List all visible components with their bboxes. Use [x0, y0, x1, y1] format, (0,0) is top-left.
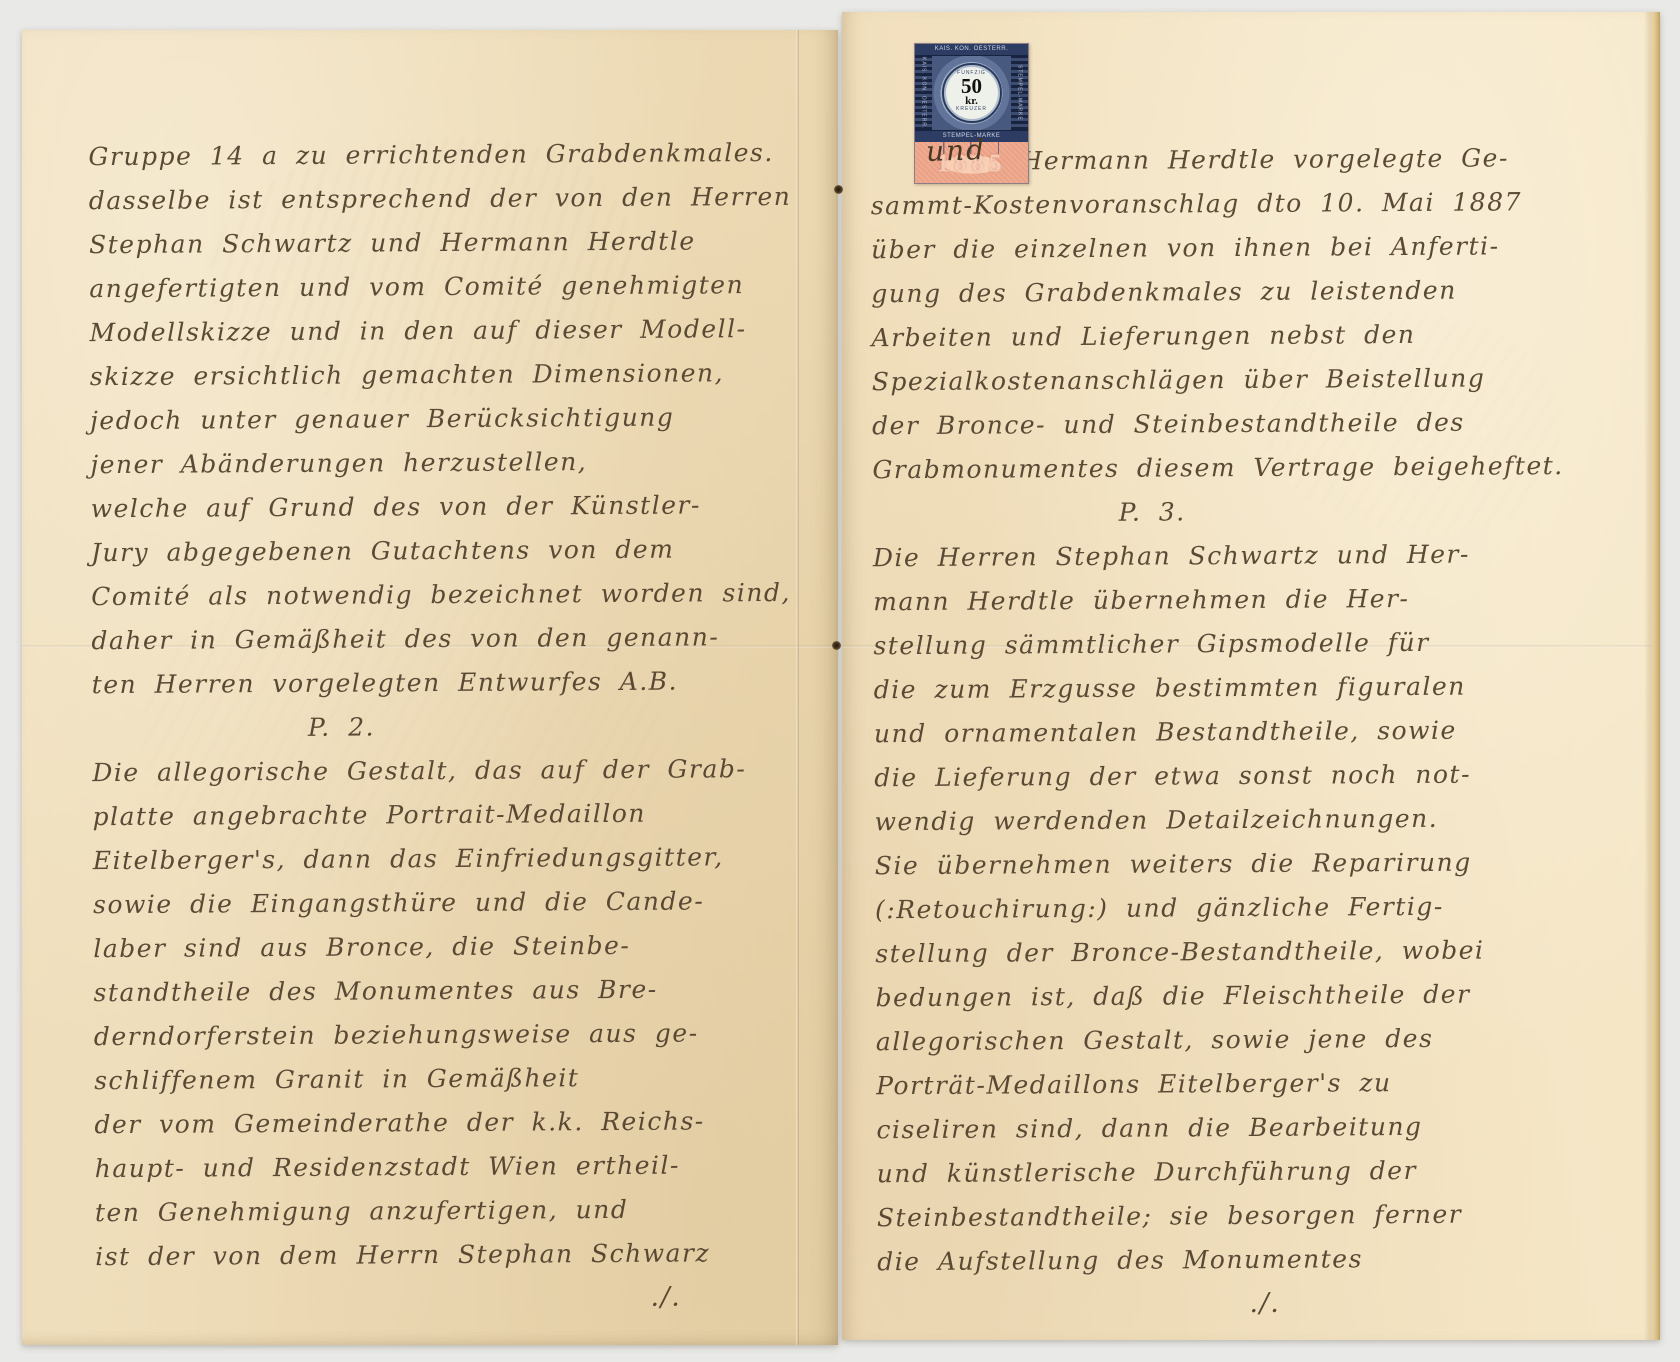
manuscript-line: der vom Gemeinderathe der k.k. Reichs- [94, 1099, 806, 1147]
manuscript-line: standtheile des Monumentes aus Bre- [93, 967, 805, 1015]
section-mark: P. 3. [1119, 488, 1615, 535]
right-page: KAIS. KON. OESTERR. KAIS. KON. OESTERR. … [842, 12, 1660, 1340]
manuscript-line: und ornamentalen Bestandtheile, sowie [874, 708, 1616, 757]
manuscript-line: und künstlerische Durchführung der [877, 1148, 1619, 1197]
manuscript-line: schliffenem Granit in Gemäßheit [94, 1055, 806, 1103]
manuscript-line: mann Herdtle übernehmen die Her- [873, 576, 1615, 625]
stamp-value-word-bottom: KREUZER [944, 106, 1000, 112]
stamp-right-ornament-band: STEMPEL-MARKE [1011, 56, 1028, 130]
catchword-mark: ./. [1249, 1280, 1619, 1326]
manuscript-line: laber sind aus Bronce, die Steinbe- [93, 923, 805, 971]
manuscript-line: ist der von dem Herrn Stephan Schwarz [95, 1231, 807, 1279]
manuscript-line: Jury abgegebenen Gutachtens von dem [91, 527, 803, 575]
binding-hole [834, 185, 843, 194]
manuscript-line: über die einzelnen von ihnen bei Anferti… [871, 224, 1613, 273]
manuscript-line: ten Genehmigung anzufertigen, und [95, 1187, 807, 1235]
manuscript-line: stellung sämmtlicher Gipsmodelle für [873, 620, 1615, 669]
manuscript-line: Arbeiten und Lieferungen nebst den [871, 312, 1613, 361]
stamp-cancellation-word: und [925, 133, 986, 168]
manuscript-line: Spezialkostenanschlägen über Beistellung [872, 356, 1614, 405]
stamp-value: 50 [944, 76, 1000, 96]
manuscript-line: Gruppe 14 a zu errichtenden Grabdenkmale… [88, 131, 800, 179]
handwritten-text-block: Gruppe 14 a zu errichtenden Grabdenkmale… [88, 131, 807, 1323]
document-scan: Gruppe 14 a zu errichtenden Grabdenkmale… [0, 0, 1680, 1362]
manuscript-line: jedoch unter genauer Berücksichtigung [90, 395, 802, 443]
section-mark: P. 2. [308, 703, 804, 750]
manuscript-line: Sie übernehmen weiters die Reparirung [875, 840, 1617, 889]
catchword-mark: ./. [650, 1275, 807, 1320]
manuscript-line: sammt-Kostenvoranschlag dto 10. Mai 1887 [871, 180, 1613, 229]
manuscript-line: gung des Grabdenkmales zu leistenden [871, 268, 1613, 317]
manuscript-line: sowie die Eingangsthüre und die Cande- [93, 879, 805, 927]
manuscript-line: Die allegorische Gestalt, das auf der Gr… [92, 747, 804, 795]
manuscript-line: platte angebrachte Portrait-Medaillon [92, 791, 804, 839]
manuscript-line: ciseliren sind, dann die Bearbeitung [876, 1104, 1618, 1153]
manuscript-line: Modellskizze und in den auf dieser Model… [89, 307, 801, 355]
manuscript-line: skizze ersichtlich gemachten Dimensionen… [90, 351, 802, 399]
manuscript-line: die Aufstellung des Monumentes [877, 1236, 1619, 1285]
stamp-left-ornament-band: KAIS. KON. OESTERR. [915, 56, 932, 130]
manuscript-line: Grabmonumentes diesem Vertrage beigeheft… [872, 444, 1614, 493]
manuscript-line: der Bronce- und Steinbestandtheile des [872, 400, 1614, 449]
manuscript-line: (:Retouchirung:) und gänzliche Fertig- [875, 884, 1617, 933]
binding-hole [832, 641, 841, 650]
manuscript-line: angefertigten und vom Comité genehmigten [89, 263, 801, 311]
manuscript-line: Comité als notwendig bezeichnet worden s… [91, 571, 803, 619]
handwritten-text-block: Hermann Herdtle vorgelegte Ge- sammt-Kos… [870, 136, 1619, 1329]
stamp-top-band: KAIS. KON. OESTERR. [915, 44, 1028, 56]
manuscript-line: daher in Gemäßheit des von den genann- [91, 615, 803, 663]
left-page: Gruppe 14 a zu errichtenden Grabdenkmale… [22, 30, 838, 1345]
stamp-guilloche: FÜNFZIG 50 kr. KREUZER [932, 56, 1011, 130]
manuscript-line: jener Abänderungen herzustellen, [90, 439, 802, 487]
manuscript-line: dasselbe ist entsprechend der von den He… [89, 175, 801, 223]
stamp-middle: KAIS. KON. OESTERR. FÜNFZIG 50 kr. KREUZ… [915, 56, 1028, 130]
manuscript-line: wendig werdenden Detailzeichnungen. [874, 796, 1616, 845]
manuscript-line: Porträt-Medaillons Eitelberger's zu [876, 1060, 1618, 1109]
manuscript-line: stellung der Bronce-Bestandtheile, wobei [875, 928, 1617, 977]
stamp-unit: kr. [944, 96, 1000, 106]
manuscript-line: die zum Erzgusse bestimmten figuralen [874, 664, 1616, 713]
manuscript-line: derndorferstein beziehungsweise aus ge- [94, 1011, 806, 1059]
manuscript-line: welche auf Grund des von der Künstler- [91, 483, 803, 531]
manuscript-line: Eitelberger's, dann das Einfriedungsgitt… [93, 835, 805, 883]
manuscript-line: bedungen ist, daß die Fleischtheile der [875, 972, 1617, 1021]
manuscript-line: die Lieferung der etwa sonst noch not- [874, 752, 1616, 801]
manuscript-line: allegorischen Gestalt, sowie jene des [876, 1016, 1618, 1065]
manuscript-line: Steinbestandtheile; sie besorgen ferner [877, 1192, 1619, 1241]
manuscript-line: ten Herren vorgelegten Entwurfes A.B. [92, 659, 804, 707]
manuscript-line: Die Herren Stephan Schwartz und Her- [873, 532, 1615, 581]
manuscript-line: Stephan Schwartz und Hermann Herdtle [89, 219, 801, 267]
manuscript-line: haupt- und Residenzstadt Wien ertheil- [95, 1143, 807, 1191]
stamp-value-circle: FÜNFZIG 50 kr. KREUZER [942, 63, 1002, 123]
